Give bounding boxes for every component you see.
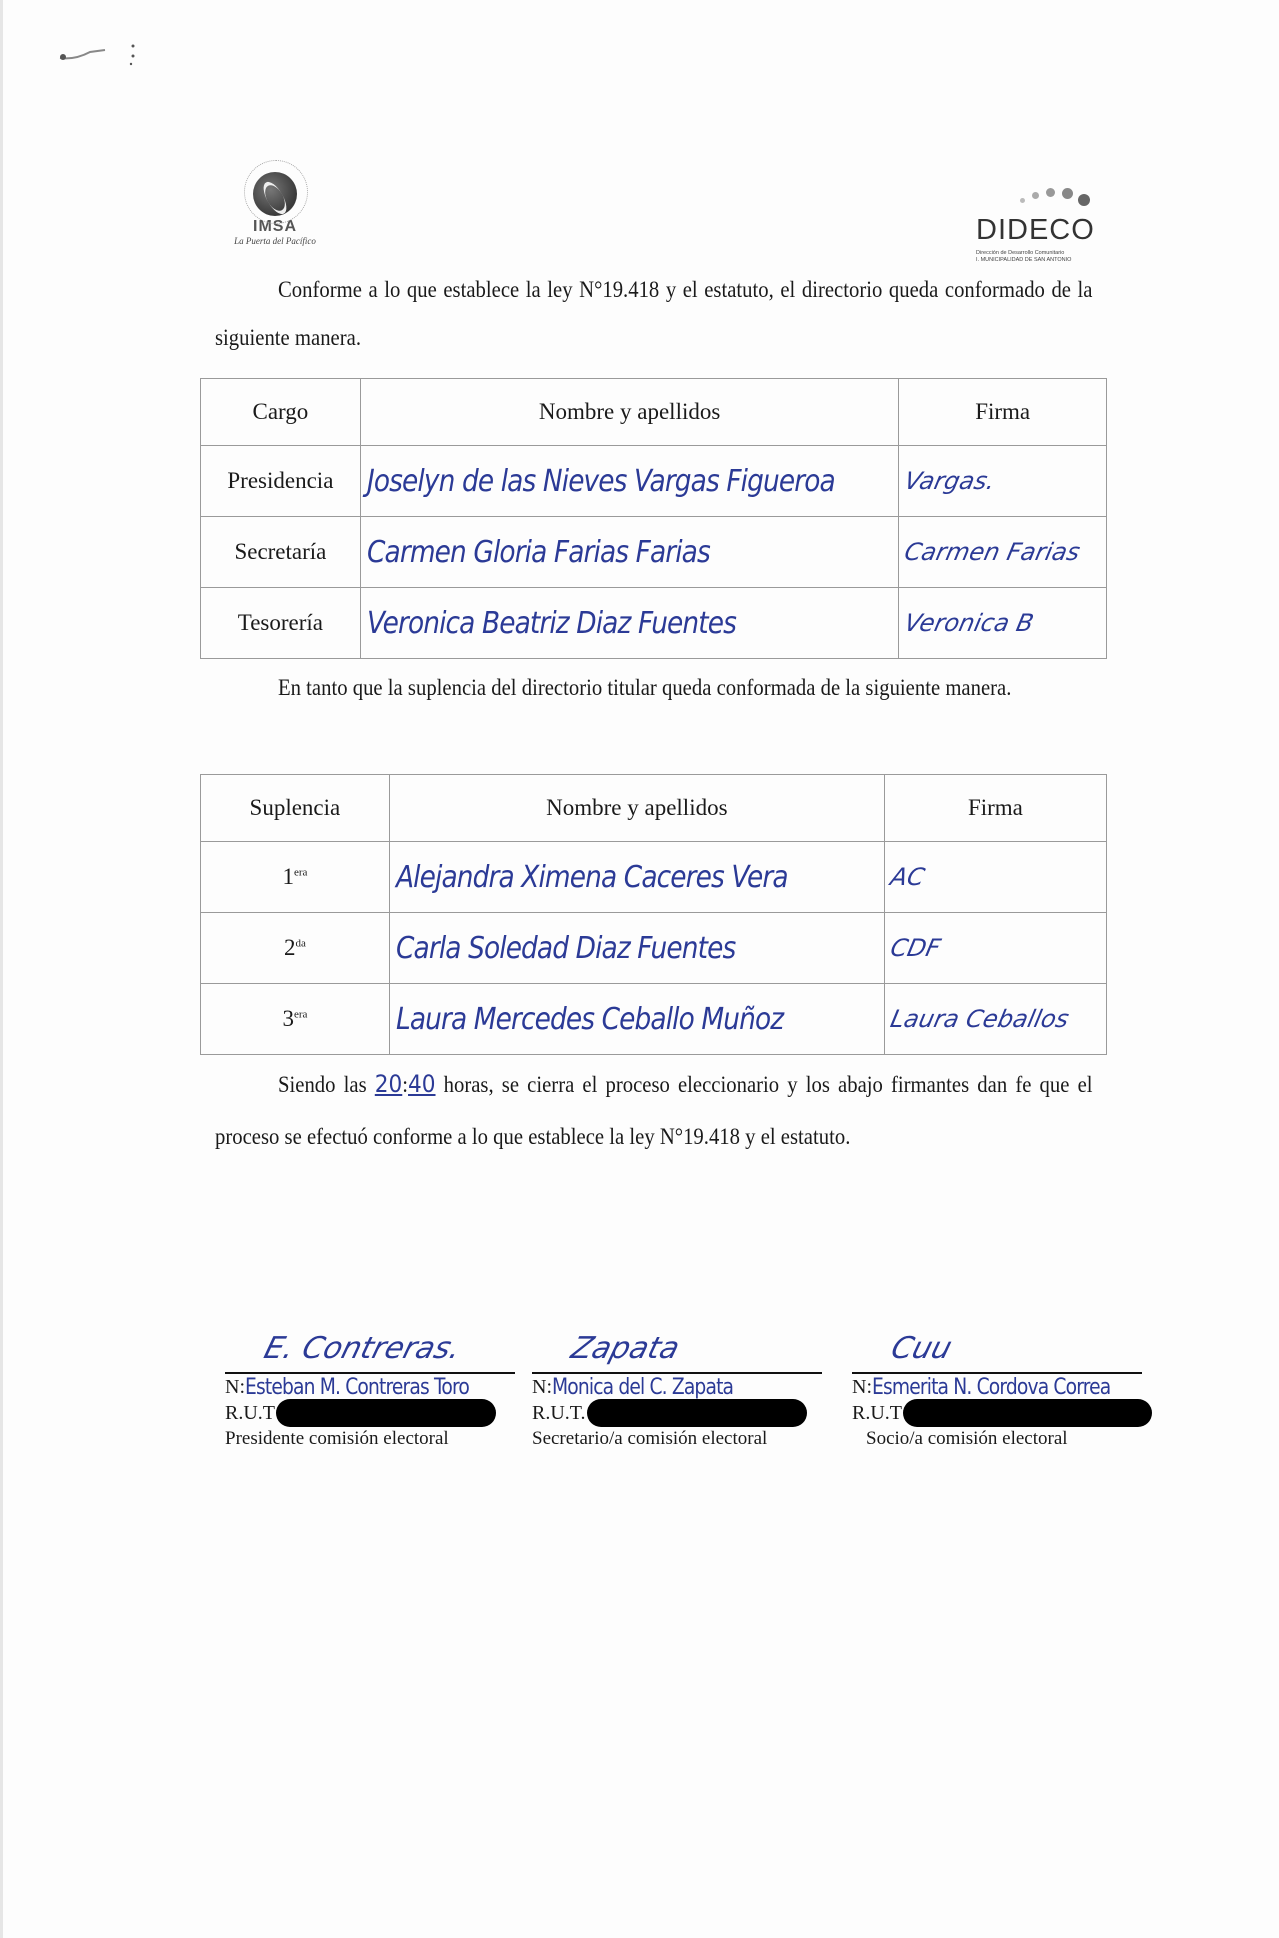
closing-before-time: Siendo las	[278, 1072, 367, 1097]
rut-row: R.U.T	[225, 1400, 525, 1426]
rut-row: R.U.T	[852, 1400, 1152, 1426]
signature-cell: Carmen Farias	[902, 538, 1083, 566]
signer-name: Monica del C. Zapata	[552, 1375, 733, 1400]
name-cell: Alejandra Ximena Caceres Vera	[396, 860, 788, 895]
dideco-name: DIDECO	[976, 214, 1095, 247]
header-nombre: Nombre y apellidos	[361, 399, 899, 425]
table-header-row: Suplencia Nombre y apellidos Firma	[201, 775, 1107, 842]
table-row: 3era Laura Mercedes Ceballo Muñoz Laura …	[201, 984, 1107, 1055]
ordinal-suffix: era	[294, 1008, 307, 1020]
signer-role: Socio/a comisión electoral	[852, 1428, 1152, 1450]
suplencia-text: En tanto que la suplencia del directorio…	[278, 675, 1011, 700]
suplencia-paragraph: En tanto que la suplencia del directorio…	[215, 664, 1093, 712]
closing-minute: 40	[408, 1070, 435, 1098]
directorio-table: Cargo Nombre y apellidos Firma Presidenc…	[200, 378, 1107, 659]
cargo-cell: Tesorería	[201, 610, 360, 636]
table-row: 2da Carla Soledad Diaz Fuentes CDF	[201, 913, 1107, 984]
signature-cell: Vargas.	[902, 467, 997, 495]
ordinal-suffix: da	[295, 937, 305, 949]
name-cell: Veronica Beatriz Diaz Fuentes	[367, 606, 736, 641]
suplencia-table: Suplencia Nombre y apellidos Firma 1era …	[200, 774, 1107, 1055]
name-label: N:	[852, 1376, 872, 1399]
ordinal-suffix: era	[294, 866, 307, 878]
dideco-logo: DIDECO Dirección de Desarrollo Comunitar…	[970, 180, 1100, 280]
suplencia-number: 1	[282, 864, 294, 889]
name-label: N:	[532, 1376, 552, 1399]
imsa-logo: IMSA La Puerta del Pacífico	[220, 160, 330, 260]
signer-role: Secretario/a comisión electoral	[532, 1428, 832, 1450]
redacted-rut	[903, 1399, 1152, 1427]
signature-scribble: Cuu	[852, 1292, 1152, 1372]
name-cell: Carmen Gloria Farias Farias	[367, 535, 710, 570]
handwritten-signature: E. Contreras.	[260, 1331, 464, 1366]
imsa-emblem-icon	[253, 172, 297, 216]
imsa-tagline: La Puerta del Pacífico	[220, 236, 330, 246]
signature-cell: Veronica B	[902, 609, 1036, 637]
redacted-rut	[587, 1399, 807, 1427]
cargo-cell: Presidencia	[201, 468, 360, 494]
header-firma: Firma	[885, 795, 1106, 821]
signature-block-president: E. Contreras. N:Esteban M. Contreras Tor…	[225, 1292, 525, 1450]
signer-name: Esteban M. Contreras Toro	[245, 1375, 469, 1400]
table-row: 1era Alejandra Ximena Caceres Vera AC	[201, 842, 1107, 913]
signature-block-member: Cuu N:Esmerita N. Cordova Correa R.U.T S…	[852, 1292, 1152, 1450]
name-row: N:Esteban M. Contreras Toro	[225, 1374, 525, 1400]
table-header-row: Cargo Nombre y apellidos Firma	[201, 379, 1107, 446]
name-row: N:Esmerita N. Cordova Correa	[852, 1374, 1152, 1400]
signature-block-secretary: Zapata N:Monica del C. Zapata R.U.T. Sec…	[532, 1292, 832, 1450]
signature-cell: AC	[888, 863, 927, 891]
dideco-subtitle: Dirección de Desarrollo Comunitario I. M…	[976, 250, 1071, 264]
rut-label: R.U.T	[225, 1402, 275, 1425]
rut-label: R.U.T	[852, 1402, 902, 1425]
dideco-sub-line-2: I. MUNICIPALIDAD DE SAN ANTONIO	[976, 257, 1071, 264]
signature-cell: Laura Ceballos	[888, 1005, 1071, 1033]
header-firma: Firma	[899, 399, 1106, 425]
signer-name: Esmerita N. Cordova Correa	[872, 1375, 1110, 1400]
signature-scribble: Zapata	[532, 1292, 832, 1372]
cargo-cell: Secretaría	[201, 539, 360, 565]
rut-row: R.U.T.	[532, 1400, 832, 1426]
signer-role: Presidente comisión electoral	[225, 1428, 525, 1450]
dideco-sub-line-1: Dirección de Desarrollo Comunitario	[976, 250, 1071, 257]
name-cell: Laura Mercedes Ceballo Muñoz	[396, 1002, 783, 1037]
intro-text: Conforme a lo que establece la ley N°19.…	[215, 277, 1093, 350]
page-edge	[0, 0, 3, 1938]
header-nombre: Nombre y apellidos	[390, 795, 884, 821]
closing-hour: 20	[375, 1070, 402, 1098]
header-cargo: Cargo	[201, 399, 360, 425]
handwritten-signature: Cuu	[887, 1331, 955, 1366]
handwritten-signature: Zapata	[567, 1331, 683, 1366]
redacted-rut	[276, 1399, 496, 1427]
signature-scribble: E. Contreras.	[225, 1292, 525, 1372]
scan-artifact	[55, 38, 145, 68]
name-label: N:	[225, 1376, 245, 1399]
rut-label: R.U.T.	[532, 1402, 586, 1425]
table-row: Tesorería Veronica Beatriz Diaz Fuentes …	[201, 588, 1107, 659]
intro-paragraph: Conforme a lo que establece la ley N°19.…	[215, 266, 1093, 362]
name-row: N:Monica del C. Zapata	[532, 1374, 832, 1400]
dideco-dots-icon	[1010, 180, 1090, 210]
header-suplencia: Suplencia	[201, 795, 389, 821]
suplencia-number: 2	[284, 935, 296, 960]
name-cell: Joselyn de las Nieves Vargas Figueroa	[367, 464, 835, 499]
suplencia-number: 3	[282, 1006, 294, 1031]
table-row: Secretaría Carmen Gloria Farias Farias C…	[201, 517, 1107, 588]
name-cell: Carla Soledad Diaz Fuentes	[396, 931, 735, 966]
signature-cell: CDF	[888, 934, 943, 962]
closing-paragraph: Siendo las 20:40 horas, se cierra el pro…	[215, 1058, 1093, 1163]
table-row: Presidencia Joselyn de las Nieves Vargas…	[201, 446, 1107, 517]
